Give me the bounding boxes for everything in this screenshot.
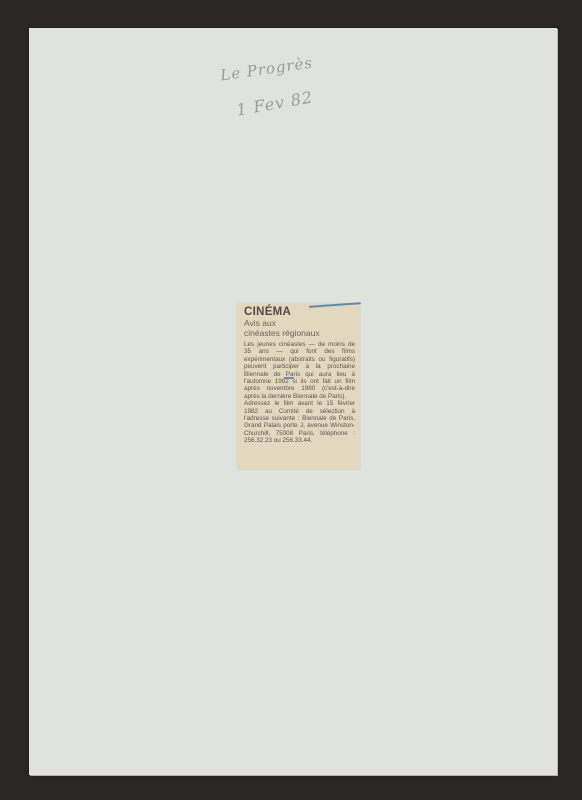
archive-page: Le Progrès 1 Fev 82 CINÉMA Avis aux ciné…	[29, 28, 557, 775]
clipping-subtitle-line2: cinéastes régionaux	[244, 329, 355, 339]
clipping-body: Les jeunes cinéastes — de moins de 35 an…	[244, 341, 355, 445]
clipping-paragraph-1: Les jeunes cinéastes — de moins de 35 an…	[244, 341, 355, 400]
clipping-subtitle: Avis aux cinéastes régionaux	[244, 319, 355, 338]
clipping-paragraph-2: Adressez le film avant le 15 février 198…	[244, 400, 355, 444]
pen-mark-decoration	[284, 377, 294, 379]
newspaper-clipping: CINÉMA Avis aux cinéastes régionaux Les …	[237, 303, 360, 470]
handwritten-date: 1 Fev 82	[235, 87, 315, 119]
handwritten-source: Le Progrès	[219, 54, 314, 85]
